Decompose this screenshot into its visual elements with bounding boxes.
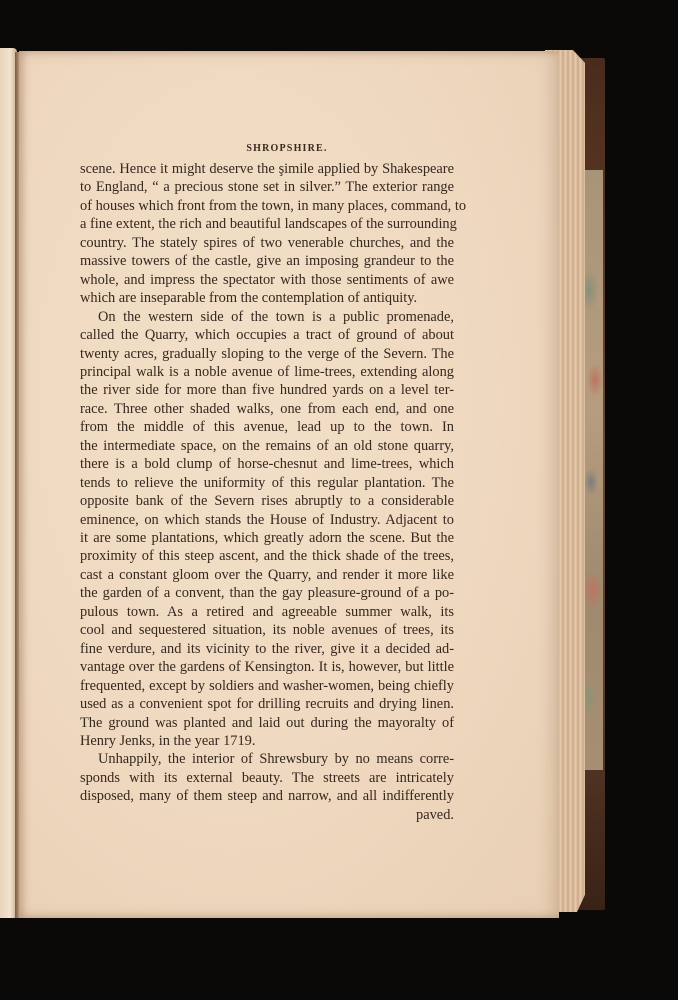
text-line: there is a bold clump of horse-chesnut a… — [80, 455, 454, 473]
text-line: cast a constant gloom over the Quarry, a… — [80, 566, 454, 584]
text-line: principal walk is a noble avenue of lime… — [80, 363, 454, 381]
text-line: of houses which front from the town, in … — [80, 197, 454, 215]
text-line: whole, and impress the spectator with th… — [80, 271, 454, 289]
text-line: it are some plantations, which greatly a… — [80, 529, 454, 547]
text-line: disposed, many of them steep and narrow,… — [80, 787, 454, 805]
text-line: eminence, on which stands the House of I… — [80, 511, 454, 529]
text-line: vantage over the gardens of Kensington. … — [80, 658, 454, 676]
text-line: fine verdure, and its vicinity to the ri… — [80, 640, 454, 658]
text-line: race. Three other shaded walks, one from… — [80, 400, 454, 418]
text-line: tends to relieve the uniformity of this … — [80, 474, 454, 492]
text-line: sponds with its external beauty. The str… — [80, 769, 454, 787]
running-head: SHROPSHIRE. — [232, 143, 342, 154]
text-line: from the middle of this avenue, lead up … — [80, 418, 454, 436]
text-line: a fine extent, the rich and beautiful la… — [80, 215, 454, 233]
text-line: opposite bank of the Severn rises abrupt… — [80, 492, 454, 510]
text-line: used as a convenient spot for drilling r… — [80, 695, 454, 713]
text-line: Unhappily, the interior of Shrewsbury by… — [80, 750, 454, 768]
text-line: called the Quarry, which occupies a trac… — [80, 326, 454, 344]
text-line: the intermediate space, on the remains o… — [80, 437, 454, 455]
text-line: proximity of this steep ascent, and the … — [80, 547, 454, 565]
text-line: country. The stately spires of two vener… — [80, 234, 454, 252]
marbled-cover-edge — [583, 170, 603, 770]
text-line: the river side for more than five hundre… — [80, 381, 454, 399]
text-line: which are inseparable from the contempla… — [80, 289, 454, 307]
text-line: scene. Hence it might deserve the şimile… — [80, 160, 454, 178]
book-photo: SHROPSHIRE. scene. Hence it might deserv… — [0, 0, 678, 1000]
text-line: to England, “ a precious stone set in si… — [80, 178, 454, 196]
text-line: On the western side of the town is a pub… — [80, 308, 454, 326]
text-line: twenty acres, gradually sloping to the v… — [80, 345, 454, 363]
text-line: pulous town. As a retired and agreeable … — [80, 603, 454, 621]
text-line: paved. — [80, 806, 454, 824]
text-line: The ground was planted and laid out duri… — [80, 714, 454, 732]
text-line: cool and sequestered situation, its nobl… — [80, 621, 454, 639]
text-line: Henry Jenks, in the year 1719. — [80, 732, 454, 750]
text-line: frequented, except by soldiers and washe… — [80, 677, 454, 695]
text-line: massive towers of the castle, give an im… — [80, 252, 454, 270]
text-line: the garden of a convent, than the gay pl… — [80, 584, 454, 602]
